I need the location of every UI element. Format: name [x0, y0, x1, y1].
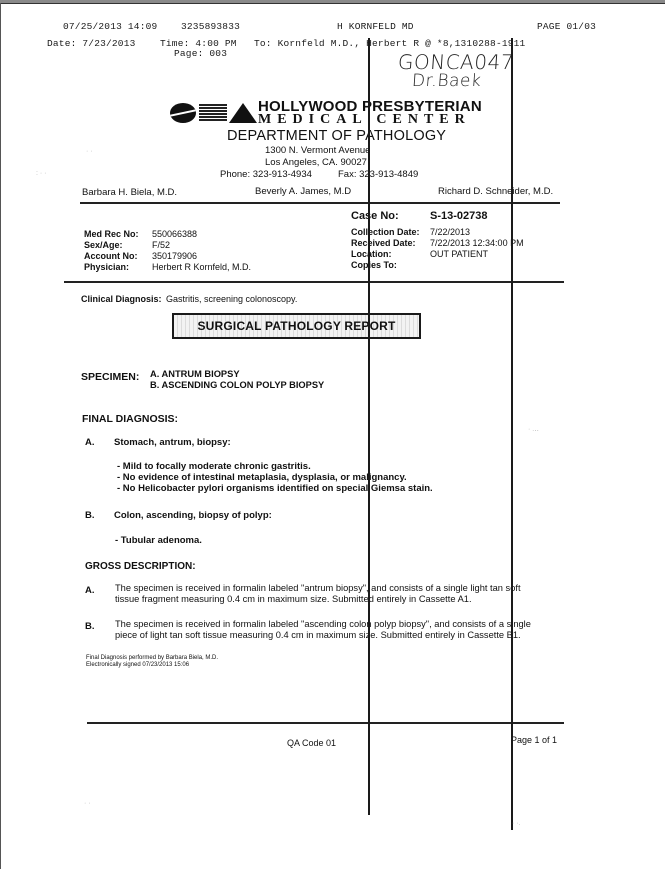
window-left-border	[0, 3, 1, 869]
report-date: Date: 7/23/2013	[47, 38, 136, 49]
fax-from: H KORNFELD MD	[337, 21, 414, 32]
diagnosis-a-letter: A.	[85, 437, 95, 448]
collection-date-value: 7/22/2013	[430, 227, 470, 238]
patient-divider	[64, 281, 564, 283]
received-date-label: Received Date:	[351, 238, 430, 249]
received-date-value: 7/22/2013 12:34:00 PM	[430, 238, 524, 249]
med-rec-label: Med Rec No:	[84, 229, 152, 240]
hospital-name-line2: MEDICAL CENTER	[258, 112, 471, 128]
signature-electronic: Electronically signed 07/23/2013 15:06	[86, 662, 189, 668]
location-label: Location:	[351, 249, 430, 260]
patient-info: Med Rec No: 550066388 Sex/Age: F/52 Acco…	[84, 229, 251, 273]
collection-date-label: Collection Date:	[351, 227, 430, 238]
sex-age-label: Sex/Age:	[84, 240, 152, 251]
patient-field-sex-age: Sex/Age: F/52	[84, 240, 251, 251]
case-field-location: Location: OUT PATIENT	[351, 249, 524, 260]
gross-b-letter: B.	[85, 621, 95, 632]
physician-value: Herbert R Kornfeld, M.D.	[152, 262, 251, 273]
case-no-label: Case No:	[351, 210, 399, 222]
diagnosis-a-finding-1: - Mild to focally moderate chronic gastr…	[117, 461, 311, 472]
fax-phone: 3235893833	[181, 21, 240, 32]
case-field-collection: Collection Date: 7/22/2013	[351, 227, 524, 238]
account-value: 350179906	[152, 251, 197, 262]
header-divider	[80, 202, 560, 204]
scan-noise: · .‥	[528, 425, 539, 433]
fax-number: Fax: 323-913-4849	[338, 169, 418, 180]
scan-noise: : · ·	[36, 170, 47, 177]
sex-age-value: F/52	[152, 240, 170, 251]
location-value: OUT PATIENT	[430, 249, 488, 260]
med-rec-value: 550066388	[152, 229, 197, 240]
fax-vertical-line-1	[368, 38, 370, 815]
diagnosis-b-site: Colon, ascending, biopsy of polyp:	[114, 510, 272, 521]
report-page: Page: 003	[174, 48, 227, 59]
scan-noise: · ·	[86, 148, 93, 155]
scan-noise: · ·.	[512, 820, 521, 827]
report-to: To: Kornfeld M.D., Herbert R @ *8,131028…	[254, 38, 525, 49]
gross-a-letter: A.	[85, 585, 95, 596]
diagnosis-a-finding-2: - No evidence of intestinal metaplasia, …	[117, 472, 407, 483]
fax-vertical-line-2	[511, 38, 513, 830]
pathologist-1: Barbara H. Biela, M.D.	[82, 187, 177, 198]
scan-noise: · ·	[84, 800, 91, 807]
patient-field-physician: Physician: Herbert R Kornfeld, M.D.	[84, 262, 251, 273]
final-diagnosis-heading: FINAL DIAGNOSIS:	[82, 413, 178, 425]
account-label: Account No:	[84, 251, 152, 262]
specimen-b: B. ASCENDING COLON POLYP BIOPSY	[150, 380, 324, 390]
department-name: DEPARTMENT OF PATHOLOGY	[227, 128, 446, 144]
handwritten-doctor: Dr.Baek	[411, 71, 482, 91]
gross-description-heading: GROSS DESCRIPTION:	[85, 561, 196, 572]
clinical-diagnosis-value: Gastritis, screening colonoscopy.	[166, 294, 297, 304]
pathologist-3: Richard D. Schneider, M.D.	[438, 186, 553, 197]
pathologist-2: Beverly A. James, M.D	[255, 186, 351, 197]
case-field-copies: Copies To:	[351, 260, 524, 271]
diagnosis-b-finding-1: - Tubular adenoma.	[115, 535, 202, 546]
address-city: Los Angeles, CA. 90027	[265, 157, 367, 168]
diagnosis-a-finding-3: - No Helicobacter pylori organisms ident…	[117, 483, 433, 494]
report-title: SURGICAL PATHOLOGY REPORT	[197, 319, 395, 333]
case-no-value: S-13-02738	[430, 210, 488, 222]
signature-performed-by: Final Diagnosis performed by Barbara Bie…	[86, 655, 218, 661]
diagnosis-a-site: Stomach, antrum, biopsy:	[114, 437, 231, 448]
fax-page: PAGE 01/03	[537, 21, 596, 32]
report-title-banner: SURGICAL PATHOLOGY REPORT	[172, 313, 421, 339]
page-count: Page 1 of 1	[511, 735, 557, 745]
patient-field-med-rec: Med Rec No: 550066388	[84, 229, 251, 240]
fax-datetime: 07/25/2013 14:09	[63, 21, 157, 32]
address-street: 1300 N. Vermont Avenue	[265, 145, 370, 156]
hospital-logo-triangle-icon	[229, 103, 257, 123]
diagnosis-b-letter: B.	[85, 510, 95, 521]
gross-a-line1: The specimen is received in formalin lab…	[115, 583, 521, 593]
clinical-diagnosis: Clinical Diagnosis: Gastritis, screening…	[81, 289, 297, 307]
clinical-diagnosis-label: Clinical Diagnosis:	[81, 294, 162, 304]
copies-to-label: Copies To:	[351, 260, 430, 271]
specimen-a: A. ANTRUM BIOPSY	[150, 369, 240, 379]
patient-field-account: Account No: 350179906	[84, 251, 251, 262]
gross-b-line1: The specimen is received in formalin lab…	[115, 619, 531, 629]
specimen-label: SPECIMEN:	[81, 371, 139, 383]
phone-number: Phone: 323-913-4934	[220, 169, 312, 180]
physician-label: Physician:	[84, 262, 152, 273]
gross-b-line2: piece of light tan soft tissue measuring…	[115, 630, 521, 640]
qa-code: QA Code 01	[287, 738, 336, 748]
hospital-logo-stripes-icon	[199, 104, 227, 122]
window-top-border-line	[0, 3, 665, 4]
gross-a-line2: tissue fragment measuring 0.4 cm in maxi…	[115, 594, 472, 604]
case-info: Collection Date: 7/22/2013 Received Date…	[351, 227, 524, 271]
hospital-logo-globe-icon	[170, 103, 196, 123]
case-field-received: Received Date: 7/22/2013 12:34:00 PM	[351, 238, 524, 249]
footer-divider	[87, 722, 564, 724]
